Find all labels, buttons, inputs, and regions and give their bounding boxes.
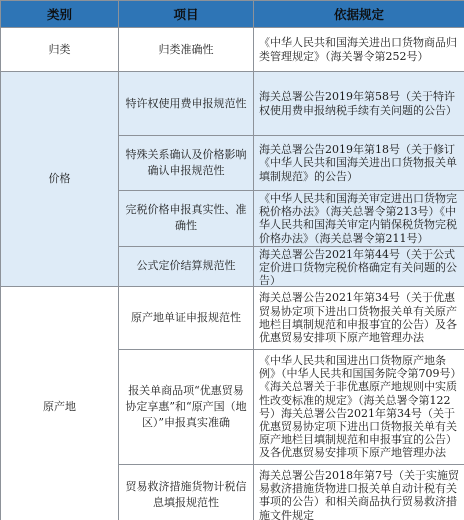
basis-cell: 《中华人民共和国进出口货物原产地条例》（中华人民共和国国务院令第709号）《海关…	[254, 349, 464, 464]
col-header-category: 类别	[1, 1, 119, 28]
table-header: 类别 项目 依据规定	[1, 1, 464, 28]
item-cell: 归类准确性	[119, 28, 254, 72]
basis-cell: 海关总署公告2019年第18号（关于修订《中华人民共和国海关进出口货物报关单填制…	[254, 136, 464, 191]
item-cell: 特许权使用费申报规范性	[119, 72, 254, 136]
header-row: 类别 项目 依据规定	[1, 1, 464, 28]
item-cell: 原产地单证申报规范性	[119, 286, 254, 349]
regulation-table: 类别 项目 依据规定 归类 归类准确性 《中华人民共和国海关进出口货物商品归类管…	[0, 0, 464, 520]
table-body: 归类 归类准确性 《中华人民共和国海关进出口货物商品归类管理规定》（海关署令第2…	[1, 28, 464, 520]
col-header-basis: 依据规定	[254, 1, 464, 28]
item-cell: 报关单商品项“优惠贸易协定享惠”和“原产国（地区）”申报真实准确	[119, 349, 254, 464]
table-row-guilei: 归类 归类准确性 《中华人民共和国海关进出口货物商品归类管理规定》（海关署令第2…	[1, 28, 464, 72]
item-cell: 特殊关系确认及价格影响确认申报规范性	[119, 136, 254, 191]
basis-cell: 海关总署公告2021年第44号（关于公式定价进口货物完税价格确定有关问题的公告）	[254, 246, 464, 286]
clipped-text: 海关总署公告2021年第44号（关于公式定价进口货物完税价格确定有关问题的公告）	[259, 248, 461, 285]
category-cell-guilei: 归类	[1, 28, 119, 72]
category-cell-origin: 原产地	[1, 286, 119, 520]
category-cell-price: 价格	[1, 72, 119, 287]
item-cell: 公式定价结算规范性	[119, 246, 254, 286]
basis-cell: 海关总署公告2021年第34号（关于优惠贸易协定项下进出口货物报关单有关原产地栏…	[254, 286, 464, 349]
item-cell: 完税价格申报真实性、准确性	[119, 191, 254, 247]
basis-cell: 《中华人民共和国海关进出口货物商品归类管理规定》（海关署令第252号）	[254, 28, 464, 72]
basis-cell: 海关总署公告2019年第58号（关于特许权使用费申报纳税手续有关问题的公告）	[254, 72, 464, 136]
table-row-origin-1: 原产地 原产地单证申报规范性 海关总署公告2021年第34号（关于优惠贸易协定项…	[1, 286, 464, 349]
col-header-item: 项目	[119, 1, 254, 28]
item-cell: 贸易救济措施货物计税信息填报规范性	[119, 464, 254, 520]
basis-cell: 海关总署公告2018年第7号（关于实施贸易救济措施货物进口报关单自动计税有关事项…	[254, 464, 464, 520]
table-row-price-1: 价格 特许权使用费申报规范性 海关总署公告2019年第58号（关于特许权使用费申…	[1, 72, 464, 136]
basis-cell: 《中华人民共和国海关审定进出口货物完税价格办法》（海关总署令第213号）《中华人…	[254, 191, 464, 247]
